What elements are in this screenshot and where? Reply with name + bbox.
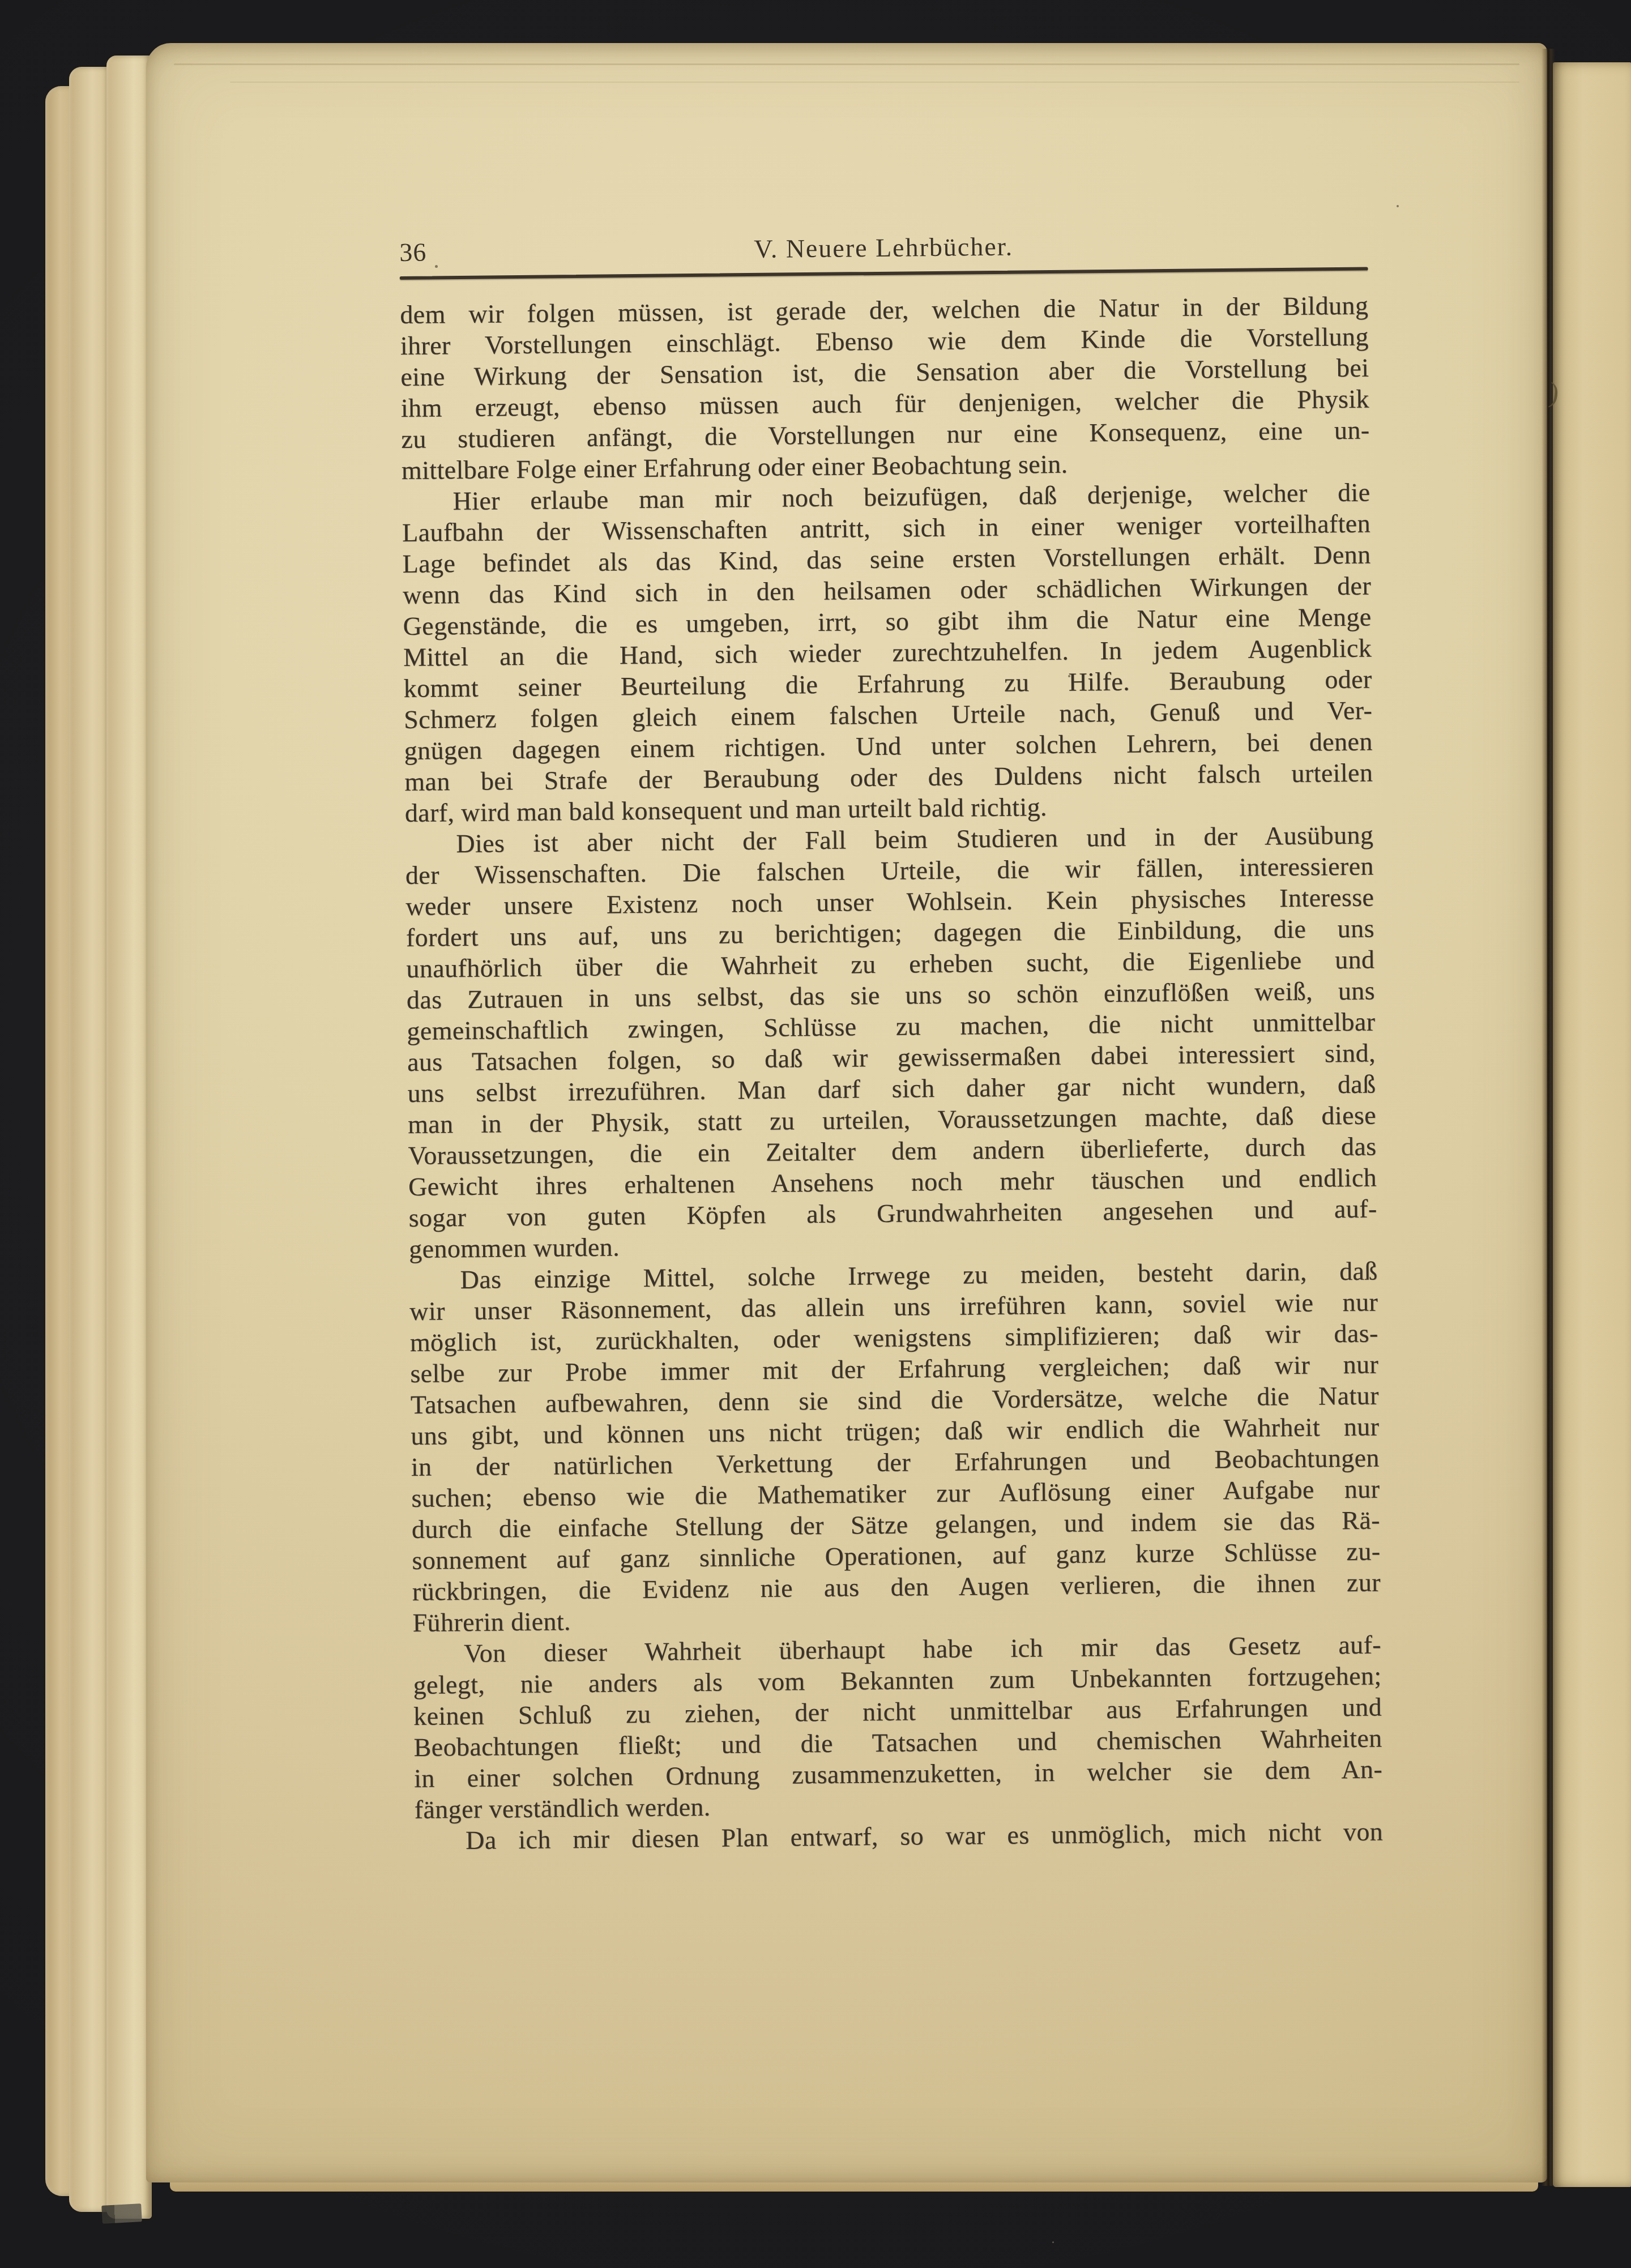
dust-speck: [1052, 2241, 1054, 2243]
printed-area: 36 V. Neuere Lehrbücher. dem wir folgen …: [399, 228, 1383, 1856]
sheet-under-top-edge: [174, 63, 1519, 65]
page-number: 36: [399, 237, 427, 268]
page-crease: [1542, 49, 1555, 2186]
shelf-stamp: [101, 2203, 142, 2224]
dust-speck: [1397, 205, 1399, 207]
dust-speck: [435, 265, 438, 268]
page-edge-strip: [69, 67, 111, 2212]
scan-background: 36 V. Neuere Lehrbücher. dem wir folgen …: [0, 0, 1631, 2268]
paragraph: Dies ist aber nicht der Fall beim Studie…: [405, 819, 1377, 1265]
dust-speck: [1068, 675, 1070, 677]
next-page-edge: [1553, 62, 1631, 2187]
dust-speck: [797, 432, 800, 434]
paragraph: Hier erlaube man mir noch beizufügen, da…: [402, 477, 1373, 828]
paragraph: dem wir folgen müssen, ist gerade der, w…: [400, 290, 1370, 486]
paragraph: Von dieser Wahrheit überhaupt habe ich m…: [413, 1629, 1383, 1825]
dust-speck: [675, 1649, 677, 1651]
body-text: dem wir folgen müssen, ist gerade der, w…: [400, 290, 1383, 1856]
sheet-under-top-edge: [230, 82, 1519, 83]
page-edge-strip: [106, 55, 152, 2219]
header-rule: [400, 267, 1368, 280]
paragraph: Das einzige Mittel, solche Irrwege zu me…: [409, 1255, 1381, 1638]
